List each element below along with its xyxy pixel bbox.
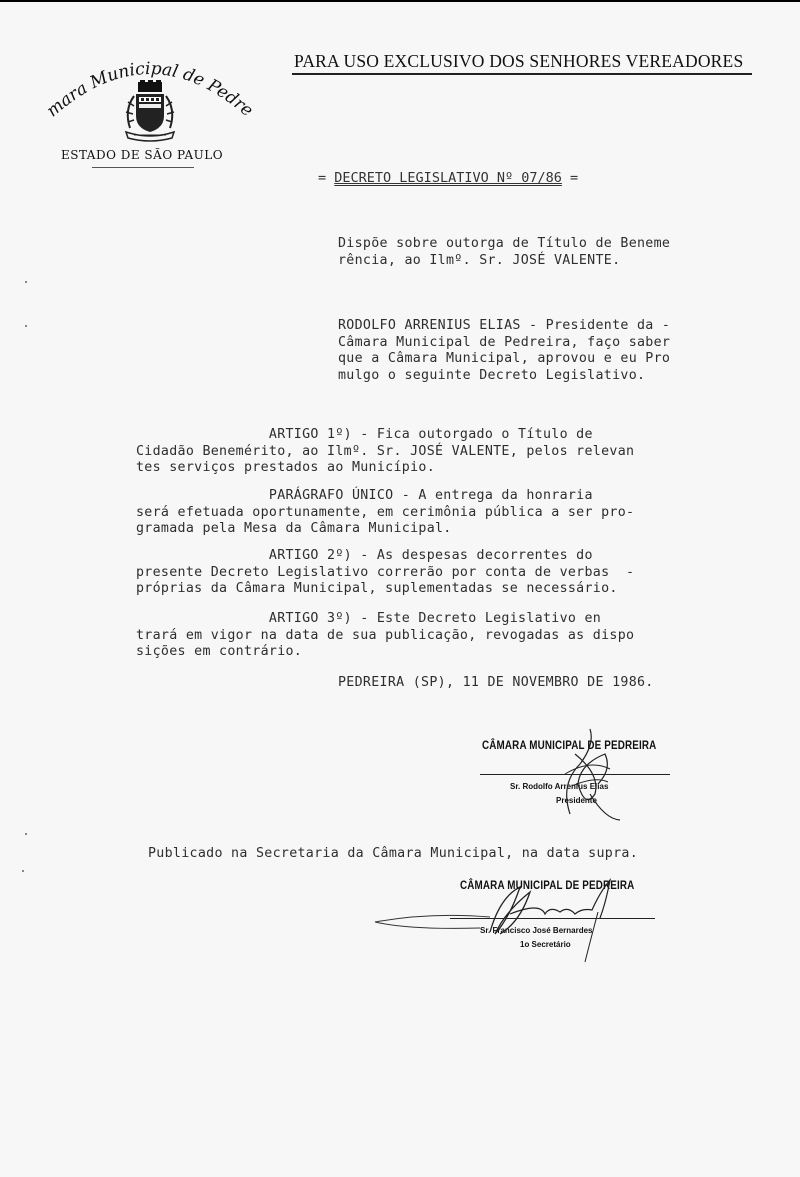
decree-summary: Dispõe sobre outorga de Título de Beneme… [338,236,670,269]
state-underline [92,167,194,168]
decree-title-suffix: = [570,170,578,186]
article-3: ARTIGO 3º) - Este Decreto Legislativo en… [136,611,634,661]
decree-title-prefix: = [318,170,326,186]
place-and-date: PEDREIRA (SP), 11 DE NOVEMBRO DE 1986. [338,675,654,692]
scan-speck [25,281,27,283]
decree-preamble: RODOLFO ARRENIUS ELIAS - Presidente da -… [338,318,670,384]
article-1: ARTIGO 1º) - Fica outorgado o Título de … [136,427,634,477]
president-signature-block: CÂMARA MUNICIPAL DE PEDREIRA Sr. Rodolfo… [480,730,680,830]
decree-title: = DECRETO LEGISLATIVO Nº 07/86 = [318,170,578,186]
scan-speck [25,833,27,835]
coat-of-arms-icon [120,80,180,142]
decree-title-text: DECRETO LEGISLATIVO Nº 07/86 [334,170,562,186]
secretary-handwritten-signature [370,872,670,972]
scan-speck [22,870,24,872]
president-handwritten-signature [550,724,630,824]
notice-underline [292,73,752,75]
restricted-use-notice: PARA USO EXCLUSIVO DOS SENHORES VEREADOR… [294,51,752,72]
paragraph-unico: PARÁGRAFO ÚNICO - A entrega da honraria … [136,488,634,538]
article-2: ARTIGO 2º) - As despesas decorrentes do … [136,548,634,598]
scan-speck [25,325,27,327]
state-label: ESTADO DE SÃO PAULO [52,148,232,162]
secretary-signature-block: CÂMARA MUNICIPAL DE PEDREIRA Sr. Francis… [370,872,670,972]
page-top-border [0,0,800,2]
publication-note: Publicado na Secretaria da Câmara Munici… [148,846,638,863]
